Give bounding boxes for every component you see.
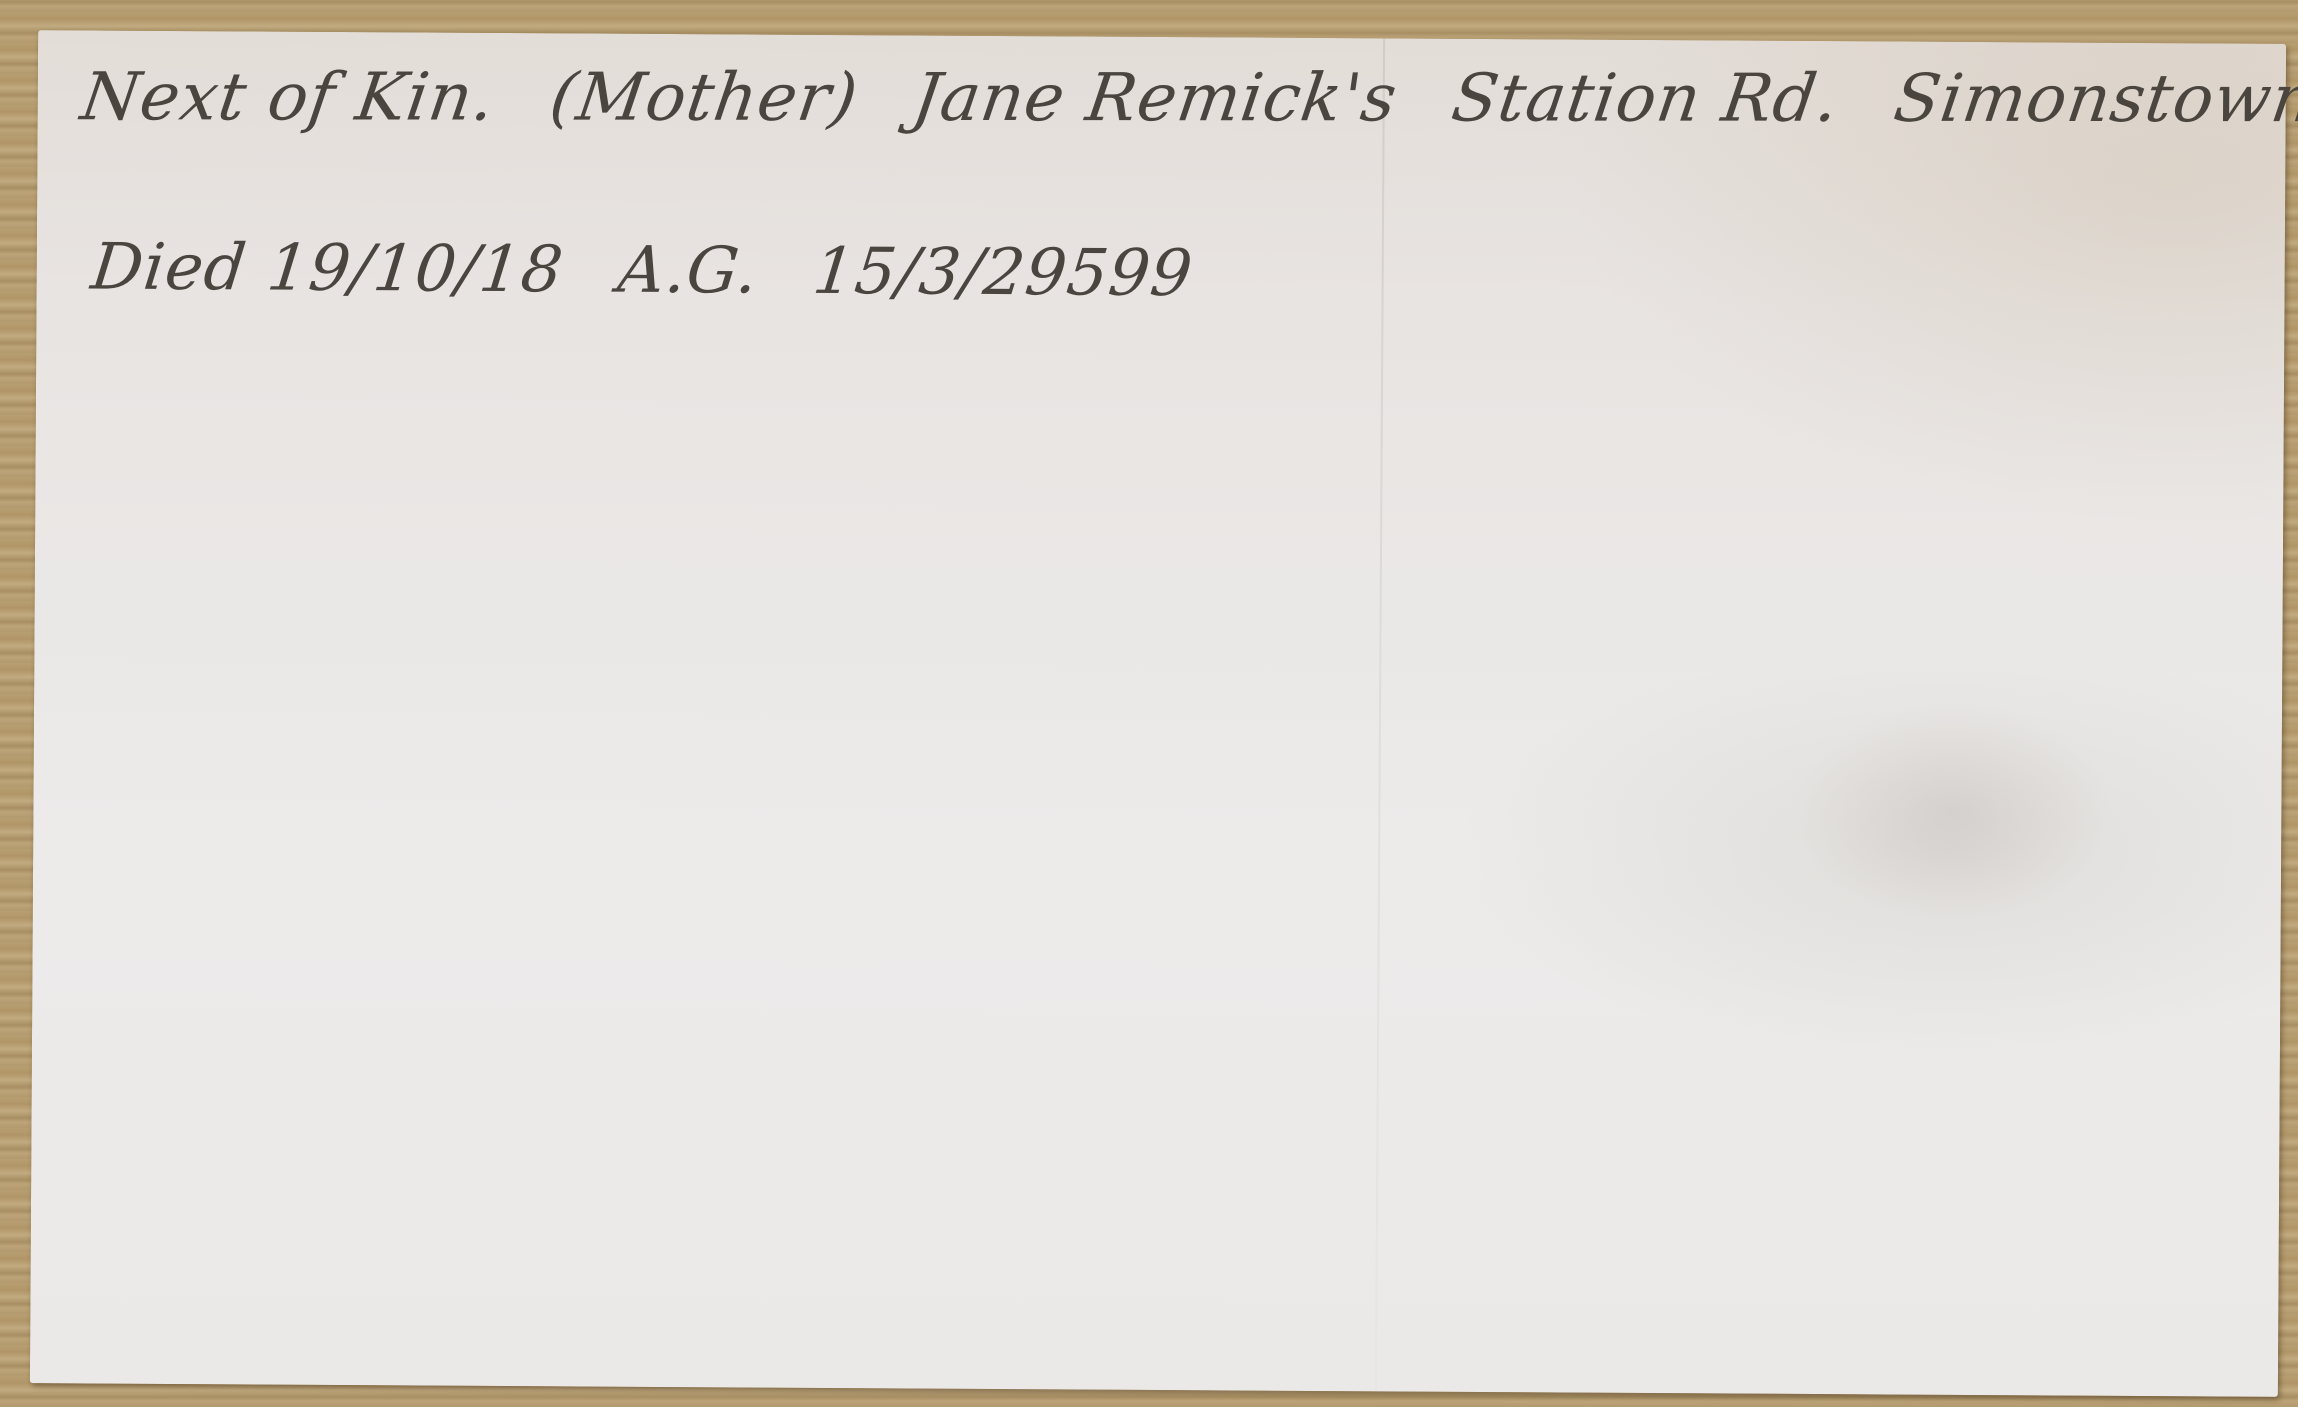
kin-name-text: Jane Remick's (908, 59, 1402, 136)
death-record-line: Died 19/10/18 A.G. 15/3/29599 (88, 231, 1197, 312)
relationship-text: (Mother) (545, 59, 863, 136)
death-date-text: Died 19/10/18 (88, 231, 568, 308)
reference-number-text: 15/3/29599 (809, 235, 1196, 311)
index-card: Next of Kin. (Mother) Jane Remick's Stat… (30, 30, 2286, 1397)
street-text: Station Rd. (1447, 59, 1844, 136)
paper-stain (1793, 701, 2114, 923)
paper-crease (1375, 38, 1385, 1391)
town-text: Simonstown (1889, 60, 2298, 137)
next-of-kin-line: Next of Kin. (Mother) Jane Remick's Stat… (76, 58, 2298, 137)
authority-abbrev-text: A.G. (614, 234, 762, 309)
next-of-kin-label: Next of Kin. (76, 58, 500, 135)
